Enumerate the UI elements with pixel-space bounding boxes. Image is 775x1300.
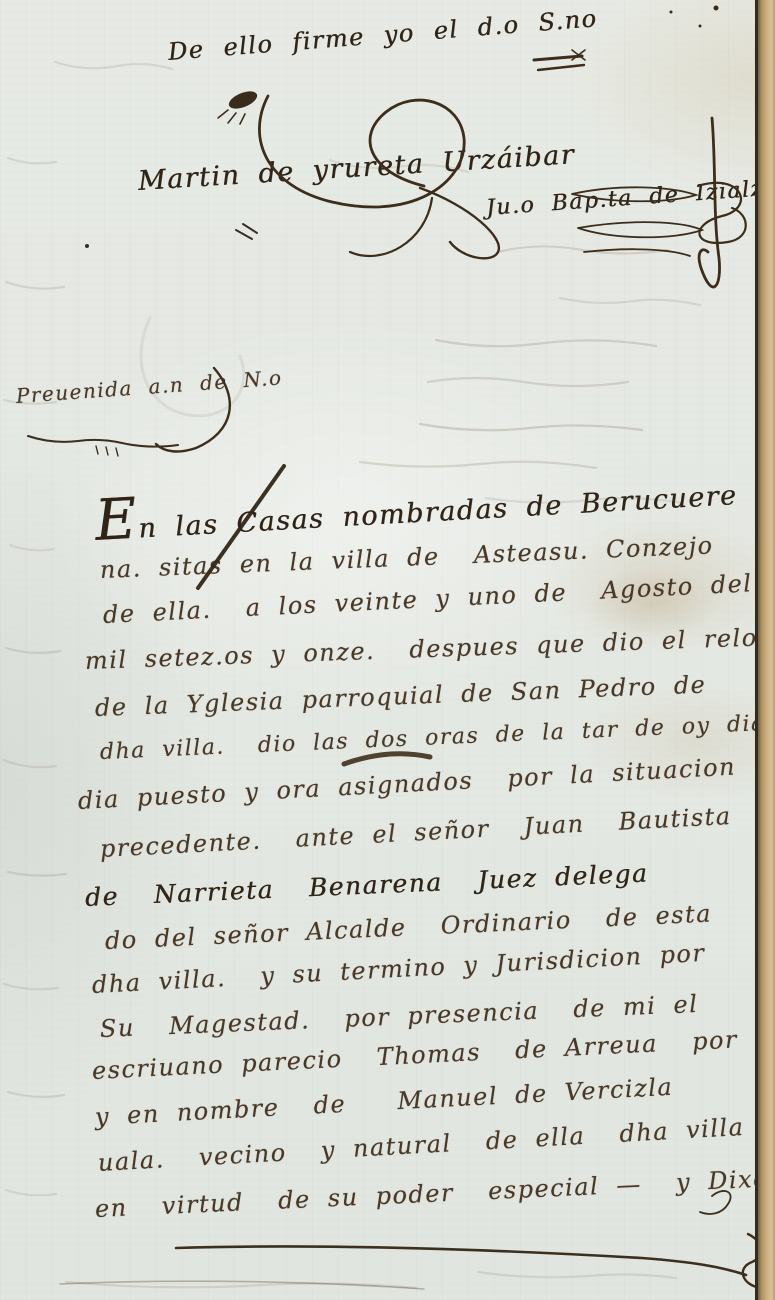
underlying-page-edge: [755, 0, 775, 1300]
